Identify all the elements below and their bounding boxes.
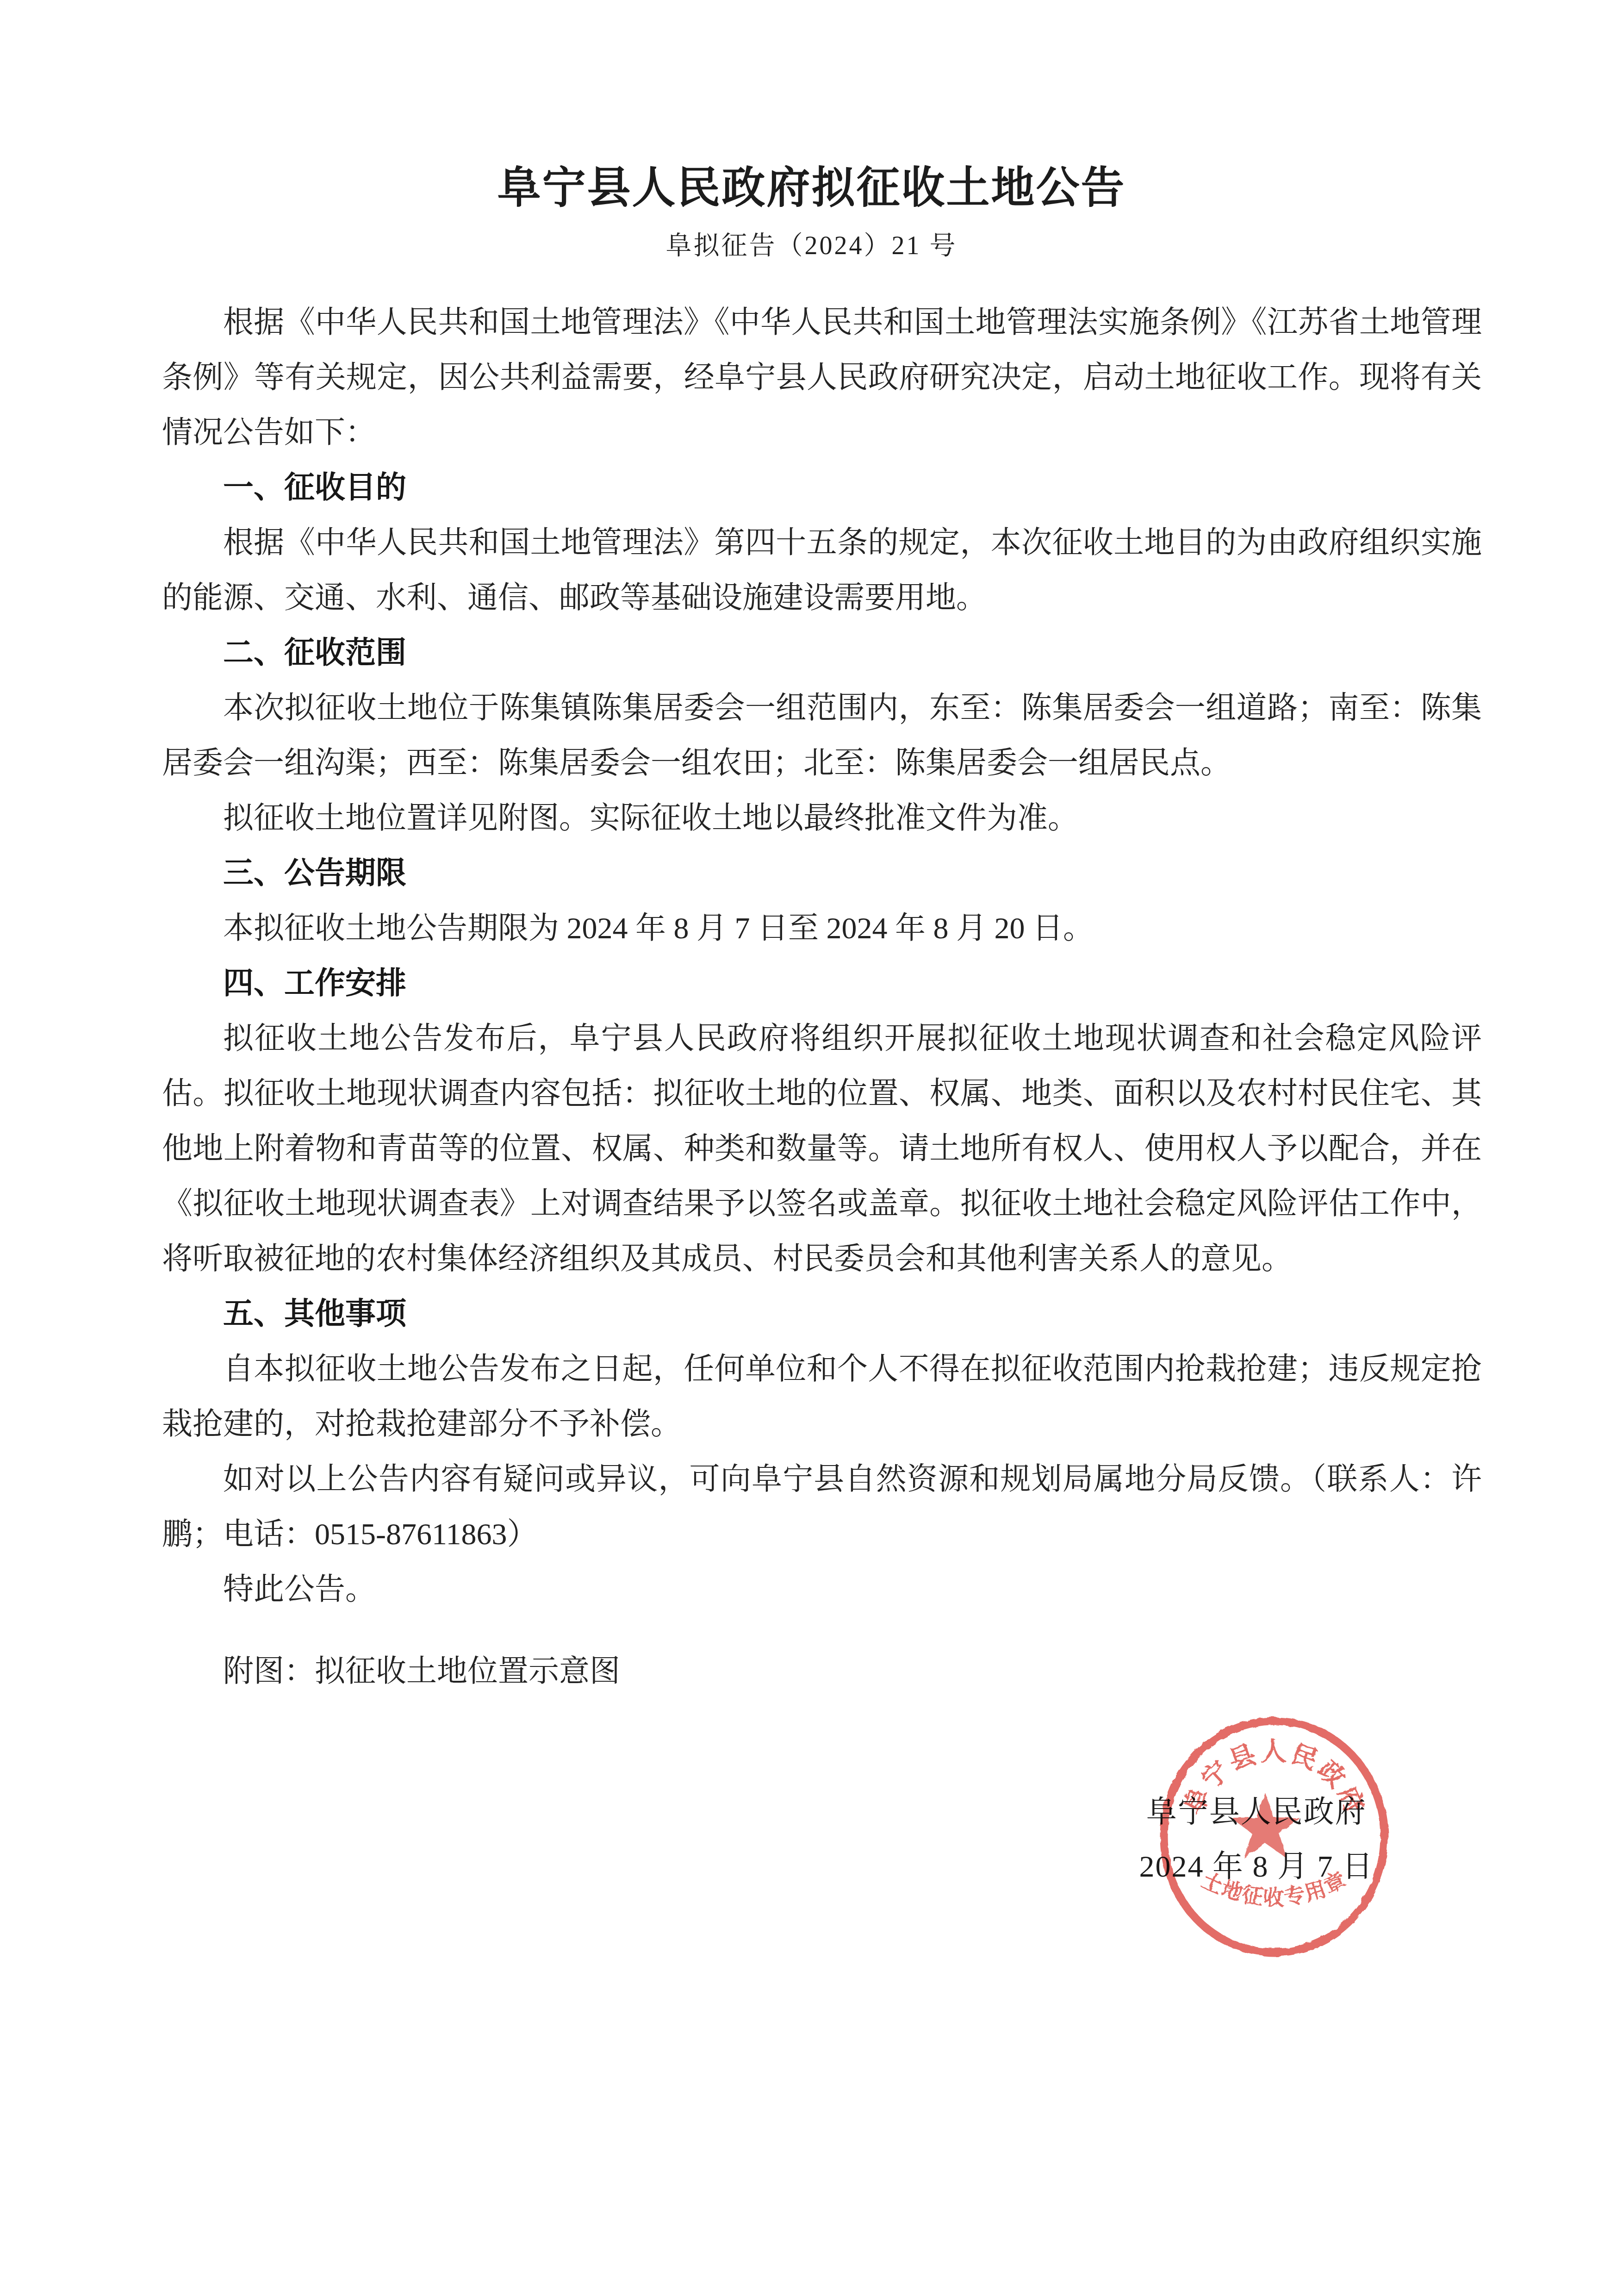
document-number: 阜拟征告（2024）21 号 [0, 225, 1623, 262]
section-2-paragraph-1: 本次拟征收土地位于陈集镇陈集居委会一组范围内，东至：陈集居委会一组道路；南至：陈… [162, 680, 1482, 791]
document-page: 阜宁县人民政府拟征收土地公告 阜拟征告（2024）21 号 根据《中华人民共和国… [0, 0, 1623, 2296]
section-2-heading: 二、征收范围 [162, 625, 1482, 680]
page-title: 阜宁县人民政府拟征收土地公告 [0, 153, 1623, 215]
document-body: 根据《中华人民共和国土地管理法》《中华人民共和国土地管理法实施条例》《江苏省土地… [162, 295, 1482, 1699]
signature-date: 2024 年 8 月 7 日 [1139, 1840, 1374, 1894]
signature-issuer: 阜宁县人民政府 [1139, 1785, 1374, 1840]
section-5-paragraph-1: 自本拟征收土地公告发布之日起，任何单位和个人不得在拟征收范围内抢栽抢建；违反规定… [162, 1341, 1482, 1452]
section-3-heading: 三、公告期限 [162, 846, 1482, 901]
section-5-paragraph-2: 如对以上公告内容有疑问或异议，可向阜宁县自然资源和规划局属地分局反馈。（联系人：… [162, 1452, 1482, 1562]
section-5-heading: 五、其他事项 [162, 1286, 1482, 1341]
signature-block: 阜宁县人民政府 2024 年 8 月 7 日 [1139, 1785, 1374, 1894]
closing-line: 特此公告。 [162, 1562, 1482, 1617]
attachment-note: 附图：拟征收土地位置示意图 [162, 1644, 1482, 1699]
section-3-paragraph-1: 本拟征收土地公告期限为 2024 年 8 月 7 日至 2024 年 8 月 2… [162, 901, 1482, 956]
section-4-heading: 四、工作安排 [162, 956, 1482, 1011]
section-4-paragraph-1: 拟征收土地公告发布后，阜宁县人民政府将组织开展拟征收土地现状调查和社会稳定风险评… [162, 1011, 1482, 1286]
section-2-paragraph-2: 拟征收土地位置详见附图。实际征收土地以最终批准文件为准。 [162, 791, 1482, 846]
intro-paragraph: 根据《中华人民共和国土地管理法》《中华人民共和国土地管理法实施条例》《江苏省土地… [162, 295, 1482, 460]
section-1-heading: 一、征收目的 [162, 460, 1482, 515]
section-1-paragraph-1: 根据《中华人民共和国土地管理法》第四十五条的规定，本次征收土地目的为由政府组织实… [162, 515, 1482, 625]
